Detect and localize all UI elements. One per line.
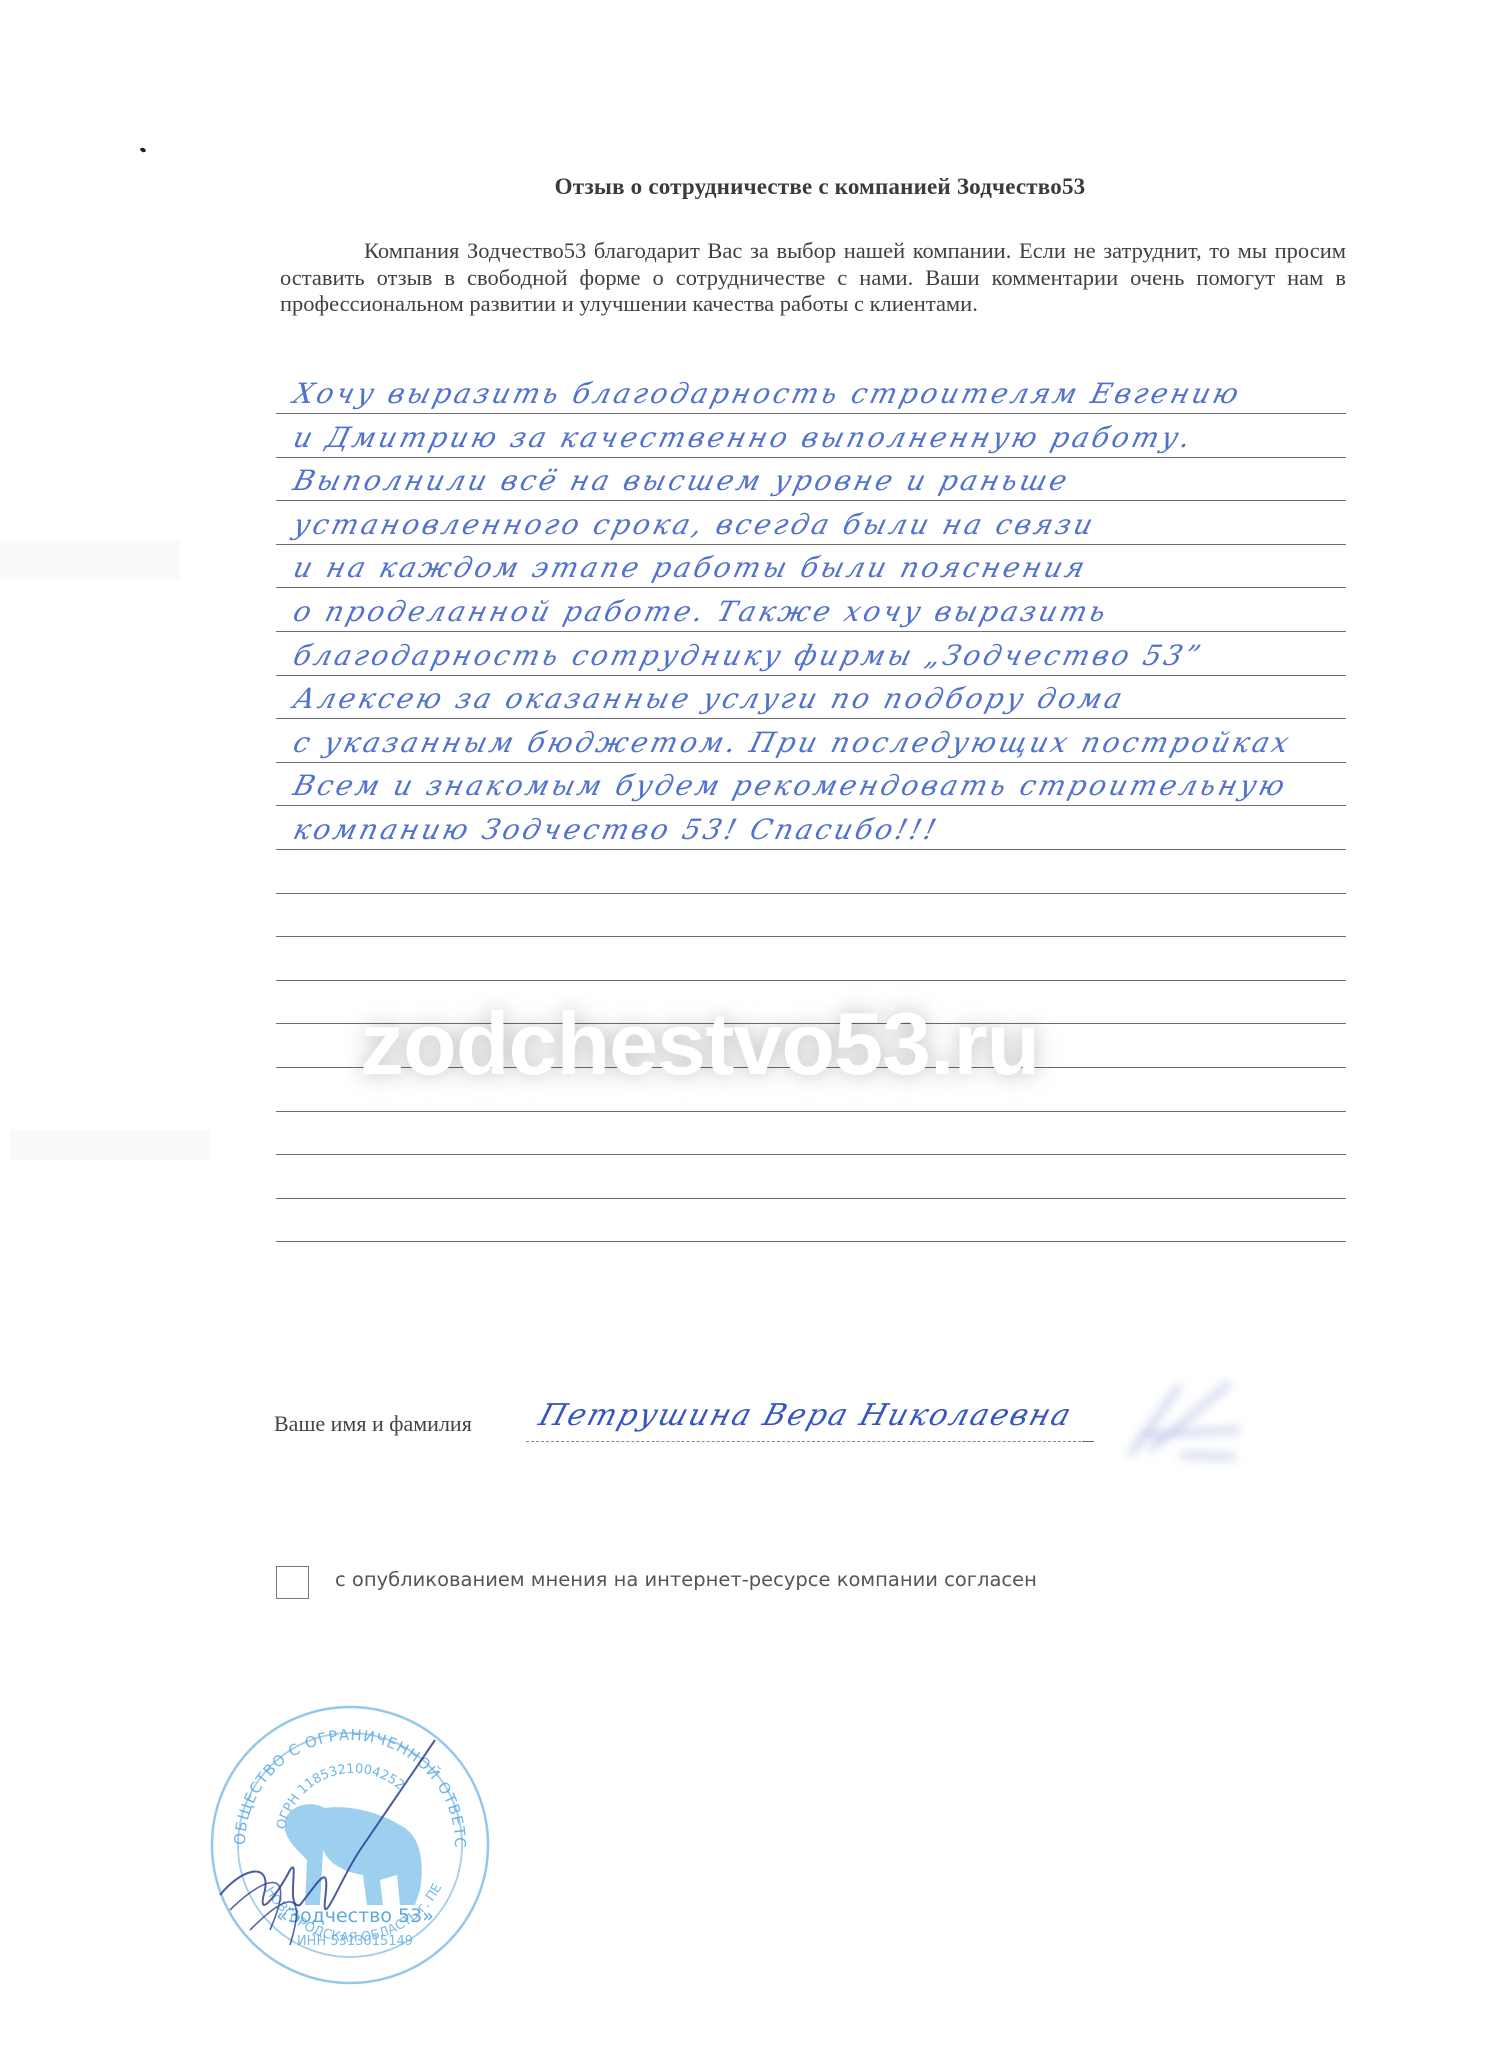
document-title: Отзыв о сотрудничестве с компанией Зодче…	[0, 174, 1500, 200]
scan-artifact	[10, 1130, 210, 1160]
ruled-line	[276, 849, 1346, 850]
ruled-line	[276, 805, 1346, 806]
ruled-line	[276, 1111, 1346, 1112]
handwritten-line: Выполнили всё на высшем уровне и раньше	[290, 464, 1388, 497]
handwritten-line: Алексею за оказанные услуги по подбору д…	[290, 682, 1388, 715]
ruled-line	[276, 762, 1346, 763]
director-signature-icon	[210, 1730, 440, 1970]
ruled-line	[276, 457, 1346, 458]
handwritten-line: Хочу выразить благодарность строителям Е…	[290, 377, 1388, 410]
name-underline	[526, 1441, 1086, 1442]
ruled-line	[276, 1241, 1346, 1242]
ruled-line	[276, 675, 1346, 676]
handwritten-line: и на каждом этапе работы были пояснения	[290, 551, 1388, 584]
handwritten-line: о проделанной работе. Также хочу выразит…	[290, 595, 1388, 628]
ruled-line	[276, 631, 1346, 632]
ruled-line	[276, 587, 1346, 588]
handwritten-line: с указанным бюджетом. При последующих по…	[290, 726, 1388, 759]
name-field[interactable]: Петрушина Вера Николаевна	[535, 1398, 1077, 1433]
watermark: zodchestvo53.ru	[360, 993, 1039, 1095]
ruled-line	[276, 980, 1346, 981]
intro-text: Компания Зодчество53 благодарит Вас за в…	[280, 238, 1346, 318]
ruled-line	[276, 500, 1346, 501]
signature-underline	[1082, 1441, 1094, 1442]
ruled-line	[276, 413, 1346, 414]
ruled-line	[276, 544, 1346, 545]
ruled-line	[276, 936, 1346, 937]
ruled-line	[276, 1154, 1346, 1155]
consent-label: с опубликованием мнения на интернет-ресу…	[335, 1568, 1037, 1591]
handwritten-line: Всем и знакомым будем рекомендовать стро…	[290, 769, 1388, 802]
ruled-line	[276, 1198, 1346, 1199]
handwritten-line: установленного срока, всегда были на свя…	[290, 508, 1388, 541]
handwritten-line: и Дмитрию за качественно выполненную раб…	[290, 421, 1388, 454]
scan-speck	[139, 147, 146, 153]
ruled-line	[276, 893, 1346, 894]
name-label: Ваше имя и фамилия	[274, 1411, 472, 1437]
scan-artifact	[0, 540, 180, 580]
consent-checkbox[interactable]	[276, 1566, 309, 1599]
blurred-signature-icon	[1120, 1375, 1250, 1465]
intro-paragraph: Компания Зодчество53 благодарит Вас за в…	[280, 238, 1346, 318]
ruled-line	[276, 718, 1346, 719]
handwritten-line: компанию Зодчество 53! Спасибо!!!	[290, 813, 1388, 846]
handwritten-line: благодарность сотруднику фирмы „Зодчеств…	[290, 639, 1388, 672]
